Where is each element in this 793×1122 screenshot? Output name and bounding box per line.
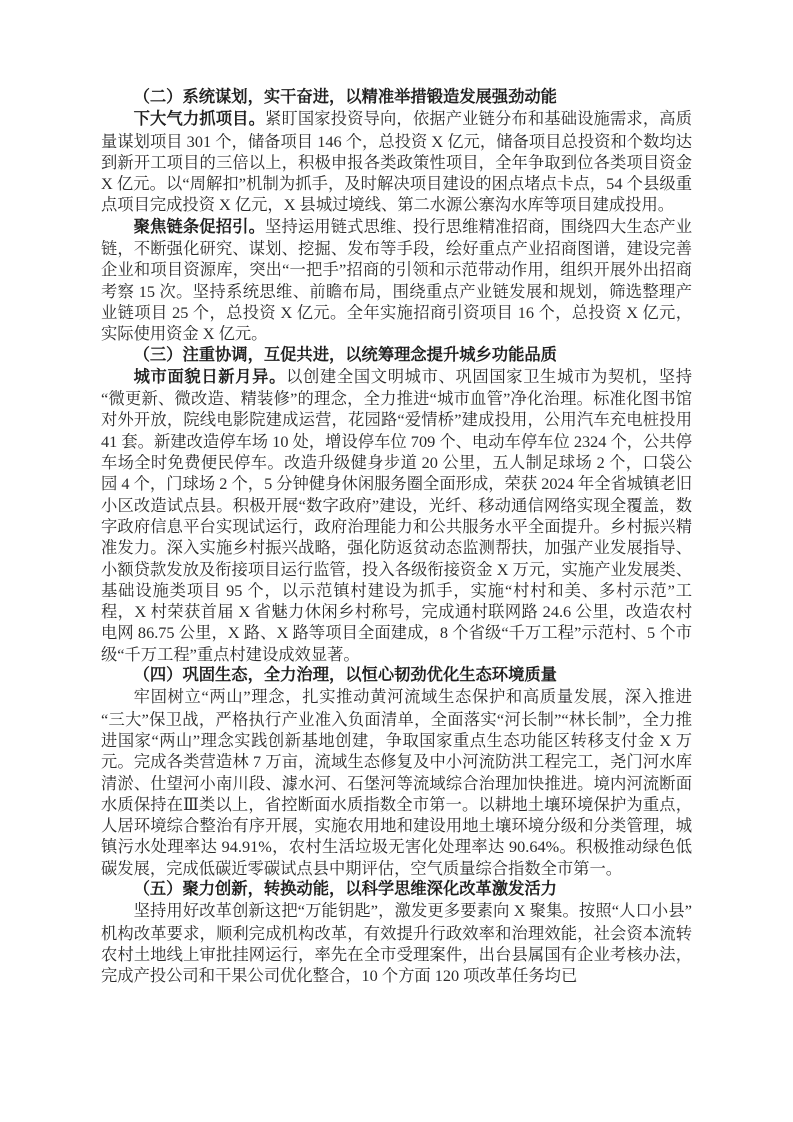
section-4: （四）巩固生态，全力治理，以恒心韧劲优化生态环境质量 牢固树立“两山”理念，扎实… [101,665,692,879]
paragraph-lead: 聚焦链条促招引。 [134,218,265,236]
section-4-heading: （四）巩固生态，全力治理，以恒心韧劲优化生态环境质量 [101,665,692,686]
section-5-heading: （五）聚力创新，转换动能，以科学思维深化改革激发活力 [101,879,692,900]
paragraph: 牢固树立“两山”理念，扎实推动黄河流域生态保护和高质量发展，深入推进“三大”保卫… [101,686,692,879]
paragraph: 下大气力抓项目。紧盯国家投资导向，依据产业链分布和基础设施需求，高质量谋划项目 … [101,108,692,215]
section-2: （二）系统谋划，实干奋进，以精准举措锻造发展强劲动能 下大气力抓项目。紧盯国家投… [101,87,692,345]
section-3-heading: （三）注重协调，互促共进，以统筹理念提升城乡功能品质 [101,345,692,366]
paragraph-body: 坚持用好改革创新这把“万能钥匙”，激发更多要素向 X 聚集。按照“人口小县”机构… [101,901,692,985]
section-3: （三）注重协调，互促共进，以统筹理念提升城乡功能品质 城市面貌日新月异。以创建全… [101,345,692,665]
section-2-heading: （二）系统谋划，实干奋进，以精准举措锻造发展强劲动能 [101,87,692,108]
paragraph-body: 牢固树立“两山”理念，扎实推动黄河流域生态保护和高质量发展，深入推进“三大”保卫… [101,687,692,877]
paragraph: 坚持用好改革创新这把“万能钥匙”，激发更多要素向 X 聚集。按照“人口小县”机构… [101,900,692,986]
paragraph: 聚焦链条促招引。坚持运用链式思维、投行思维精准招商，围绕四大生态产业链，不断强化… [101,216,692,345]
section-5: （五）聚力创新，转换动能，以科学思维深化改革激发活力 坚持用好改革创新这把“万能… [101,879,692,986]
paragraph-body: 以创建全国文明城市、巩固国家卫生城市为契机，坚持“微更新、微改造、精装修”的理念… [101,367,692,664]
paragraph-lead: 下大气力抓项目。 [134,110,265,128]
document-page: （二）系统谋划，实干奋进，以精准举措锻造发展强劲动能 下大气力抓项目。紧盯国家投… [0,0,793,1122]
paragraph-lead: 城市面貌日新月异。 [134,368,286,386]
paragraph: 城市面貌日新月异。以创建全国文明城市、巩固国家卫生城市为契机，坚持“微更新、微改… [101,366,692,665]
